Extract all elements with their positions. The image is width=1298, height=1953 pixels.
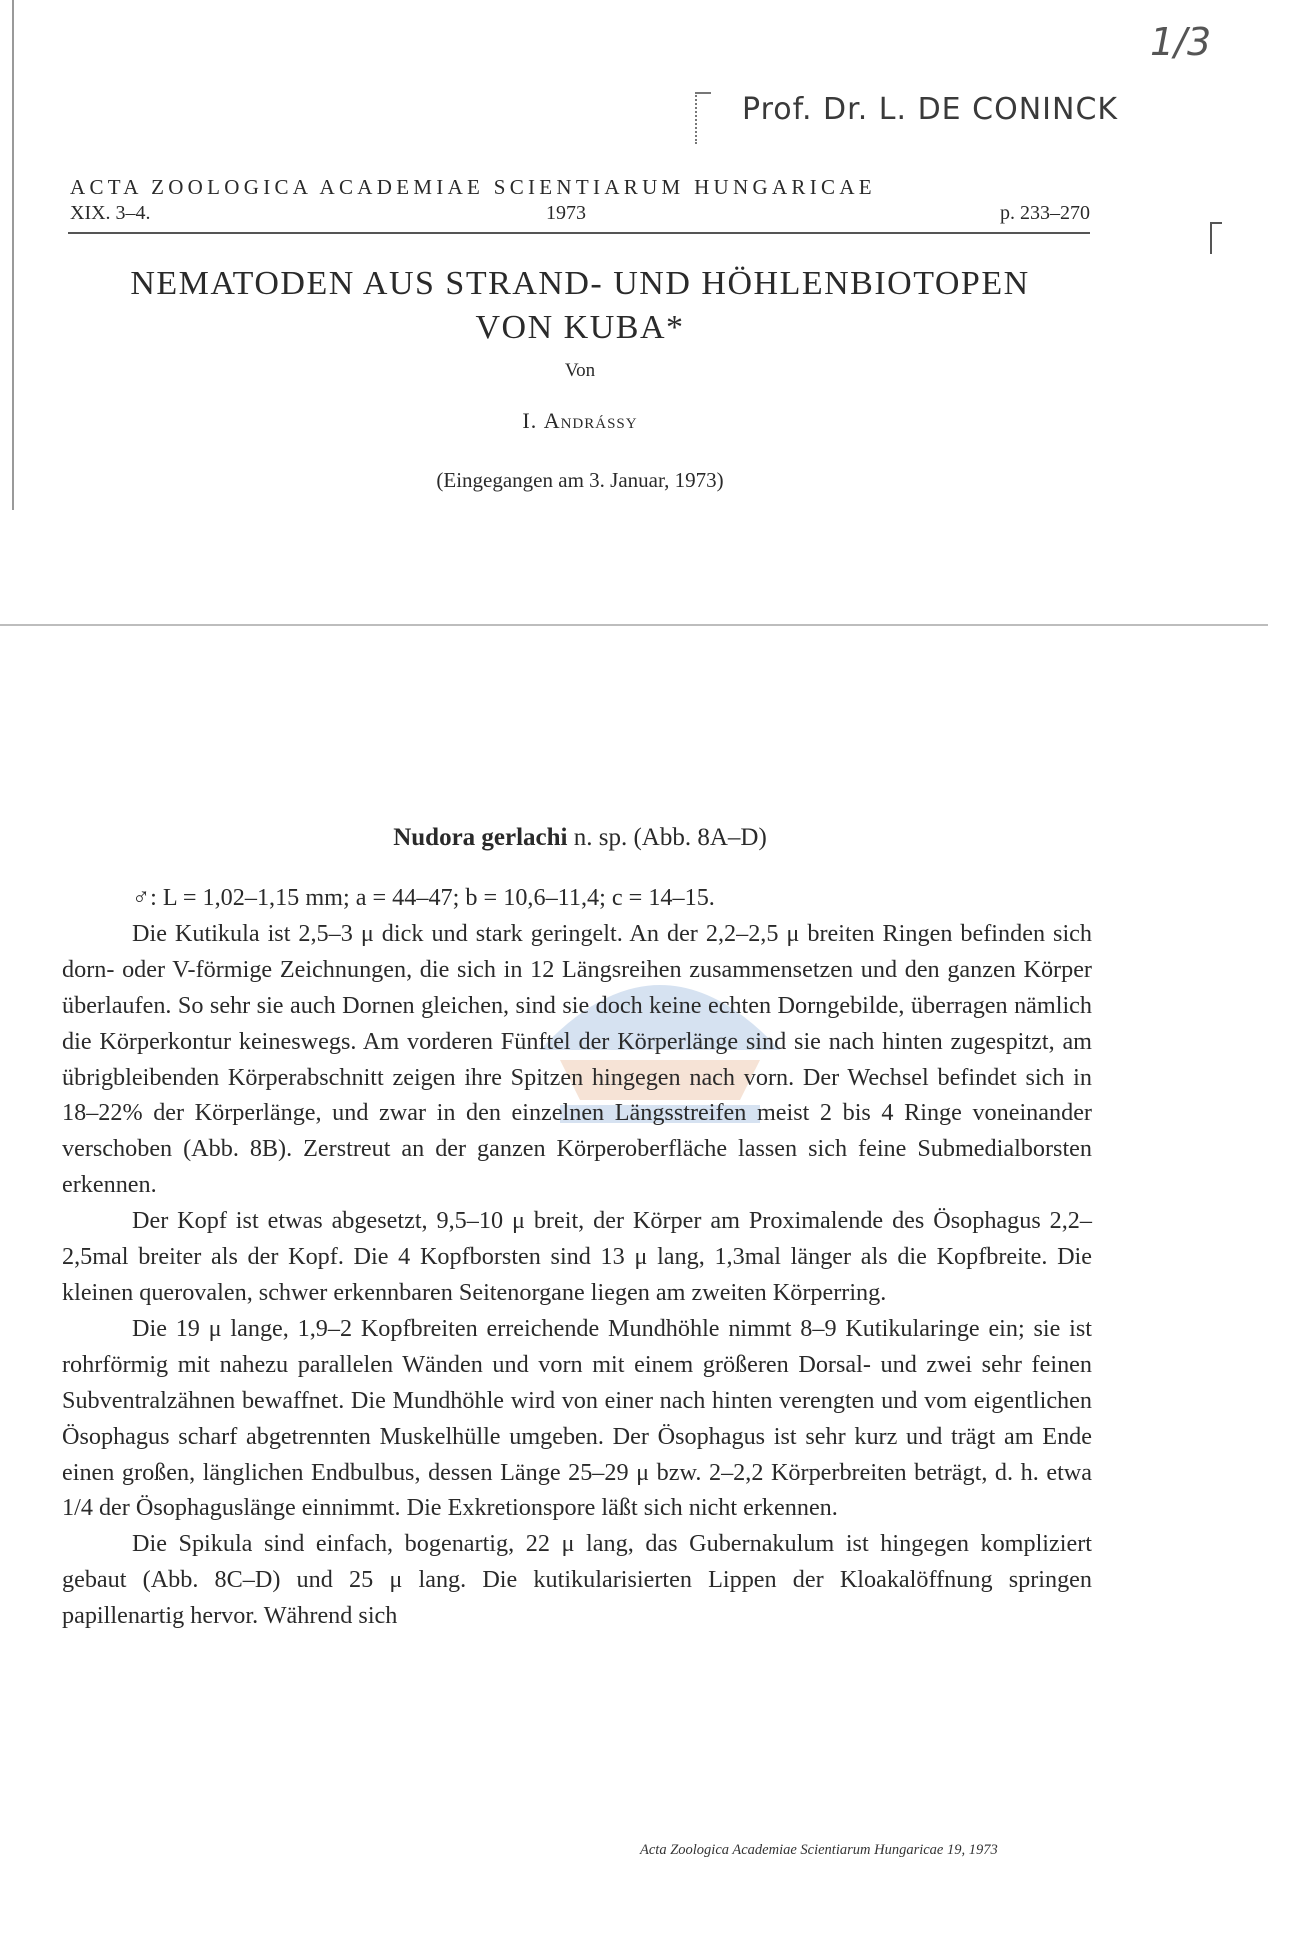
corner-crop-mark <box>1210 222 1222 254</box>
title-line-1: NEMATODEN AUS STRAND- UND HÖHLENBIOTOPEN <box>60 262 1100 306</box>
received-date: (Eingegangen am 3. Januar, 1973) <box>60 468 1100 493</box>
header-rule <box>68 232 1090 234</box>
by-label: Von <box>60 360 1100 382</box>
author-name: Andrássy <box>544 408 638 433</box>
publication-year: 1973 <box>546 202 586 225</box>
journal-name: ACTA ZOOLOGICA ACADEMIAE SCIENTIARUM HUN… <box>70 175 1090 200</box>
article-title: NEMATODEN AUS STRAND- UND HÖHLENBIOTOPEN… <box>60 262 1100 350</box>
body-paragraph: Die 19 μ lange, 1,9–2 Kopfbreiten erreic… <box>62 1311 1092 1526</box>
owner-stamp: Prof. Dr. L. DE CONINCK <box>742 92 1118 127</box>
page-range: p. 233–270 <box>1000 202 1090 225</box>
body-paragraph: Der Kopf ist etwas abgesetzt, 9,5–10 μ b… <box>62 1203 1092 1311</box>
stamp-bracket-mark <box>695 92 711 144</box>
section-divider <box>0 624 1268 626</box>
author-initial: I. <box>522 408 537 433</box>
running-footer: Acta Zoologica Academiae Scientiarum Hun… <box>640 1842 998 1859</box>
body-paragraph: Die Kutikula ist 2,5–3 μ dick und stark … <box>62 916 1092 1203</box>
species-name: Nudora gerlachi <box>393 824 567 851</box>
article-body: ♂: L = 1,02–1,15 mm; a = 44–47; b = 10,6… <box>62 880 1092 1634</box>
title-line-2: VON KUBA* <box>60 306 1100 350</box>
scan-margin-line <box>12 0 14 510</box>
species-heading: Nudora gerlachi n. sp. (Abb. 8A–D) <box>60 824 1100 852</box>
handwritten-page-number: 1/3 <box>1150 20 1211 64</box>
author: I. Andrássy <box>60 408 1100 434</box>
species-suffix: n. sp. (Abb. 8A–D) <box>568 824 767 851</box>
measurements-line: ♂: L = 1,02–1,15 mm; a = 44–47; b = 10,6… <box>62 880 1092 916</box>
body-paragraph: Die Spikula sind einfach, bogenartig, 22… <box>62 1526 1092 1634</box>
volume-issue: XIX. 3–4. <box>70 202 151 225</box>
